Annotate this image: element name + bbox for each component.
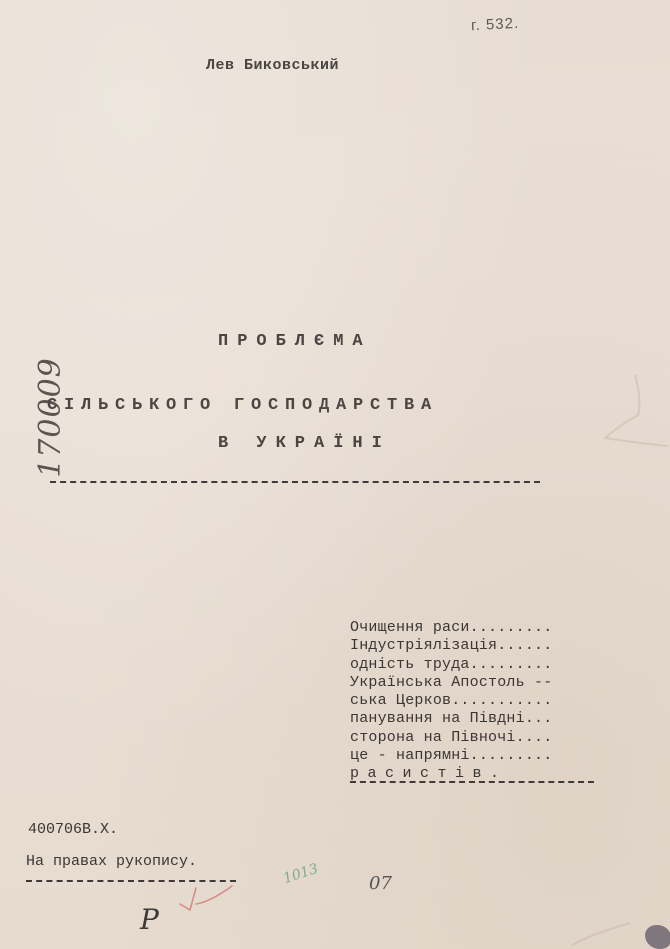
toc-item: Очищення раси.........: [350, 619, 552, 637]
toc-item: сторона на Півночі....: [350, 729, 552, 747]
toc-item: ська Церков...........: [350, 692, 552, 710]
toc-divider: [350, 781, 594, 783]
title-divider: [50, 481, 540, 483]
inventory-number: 170009: [33, 357, 68, 478]
author-name: Лев Биковський: [206, 57, 339, 74]
toc-item: це - напрямні.........: [350, 747, 552, 765]
rights-note: На правах рукопису.: [26, 853, 197, 870]
title-line-1: ПРОБЛЄМА: [218, 332, 372, 351]
toc-item: Українська Апостоль --: [350, 674, 552, 692]
letter-handwritten-mark: Р: [140, 903, 159, 936]
paper-crease: [570, 915, 650, 949]
table-of-contents: Очищення раси......... Індустріялізація.…: [350, 619, 552, 784]
title-line-3: В УКРАЇНІ: [218, 434, 391, 453]
archive-number: г. 532.: [471, 15, 520, 34]
green-handwritten-mark: 1013: [281, 861, 320, 887]
toc-item: Індустріялізація......: [350, 637, 552, 655]
toc-item: одність труда.........: [350, 656, 552, 674]
toc-item: панування на Півдні...: [350, 710, 552, 728]
title-line-2: СІЛЬСЬКОГО ГОСПОДАРСТВА: [47, 396, 438, 415]
paper-crease: [590, 370, 670, 460]
document-page: г. 532. Лев Биковський 170009 ПРОБЛЄМА С…: [0, 0, 670, 949]
document-code: 400706В.Х.: [28, 821, 118, 838]
check-mark-icon: [176, 882, 236, 912]
ink-stain: [645, 925, 670, 949]
pencil-handwritten-mark: 07: [369, 873, 392, 894]
